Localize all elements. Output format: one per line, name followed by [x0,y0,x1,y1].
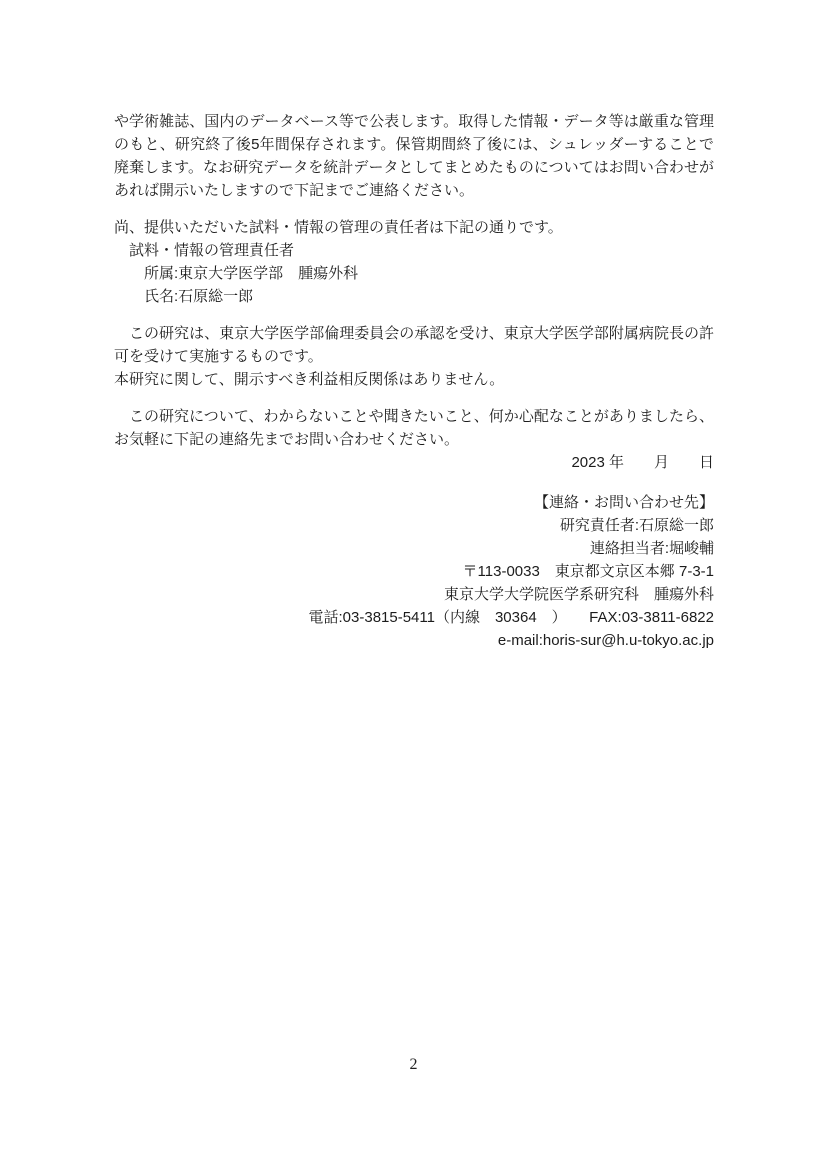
conflict-of-interest-line: 本研究に関して、開示すべき利益相反関係はありません。 [114,368,714,391]
document-content: や学術雑誌、国内のデータベース等で公表します。取得した情報・データ等は厳重な管理… [114,110,714,652]
custodian-intro: 尚、提供いただいた試料・情報の管理の責任者は下記の通りです。 [114,216,714,239]
contact-section: 【連絡・お問い合わせ先】 研究責任者:石原総一郎 連絡担当者:堀峻輔 〒113-… [114,491,714,652]
ethics-section: この研究は、東京大学医学部倫理委員会の承認を受け、東京大学医学部附属病院長の許可… [114,322,714,391]
page-number: 2 [0,1056,827,1074]
contact-principal-investigator: 研究責任者:石原総一郎 [114,514,714,537]
custodian-name: 氏名:石原総一郎 [114,285,714,308]
contact-email: e-mail:horis-sur@h.u-tokyo.ac.jp [114,629,714,652]
custodian-title: 試料・情報の管理責任者 [114,239,714,262]
date-line: 2023 年 月 日 [114,451,714,474]
contact-address-line1: 〒113-0033 東京都文京区本郷 7-3-1 [114,560,714,583]
ethics-approval-paragraph: この研究は、東京大学医学部倫理委員会の承認を受け、東京大学医学部附属病院長の許可… [114,322,714,368]
contact-address-line2: 東京大学大学院医学系研究科 腫瘍外科 [114,583,714,606]
custodian-affiliation: 所属:東京大学医学部 腫瘍外科 [114,262,714,285]
contact-person: 連絡担当者:堀峻輔 [114,537,714,560]
custodian-section: 尚、提供いただいた試料・情報の管理の責任者は下記の通りです。 試料・情報の管理責… [114,216,714,308]
document-page: や学術雑誌、国内のデータベース等で公表します。取得した情報・データ等は厳重な管理… [0,0,827,1169]
contact-phone-fax: 電話:03-3815-5411（内線 30364 ） FAX:03-3811-6… [114,606,714,629]
inquiry-paragraph: この研究について、わからないことや聞きたいこと、何か心配なことがありましたら、お… [114,405,714,451]
paragraph-data-storage-disposal: や学術雑誌、国内のデータベース等で公表します。取得した情報・データ等は厳重な管理… [114,110,714,202]
contact-heading: 【連絡・お問い合わせ先】 [114,491,714,514]
